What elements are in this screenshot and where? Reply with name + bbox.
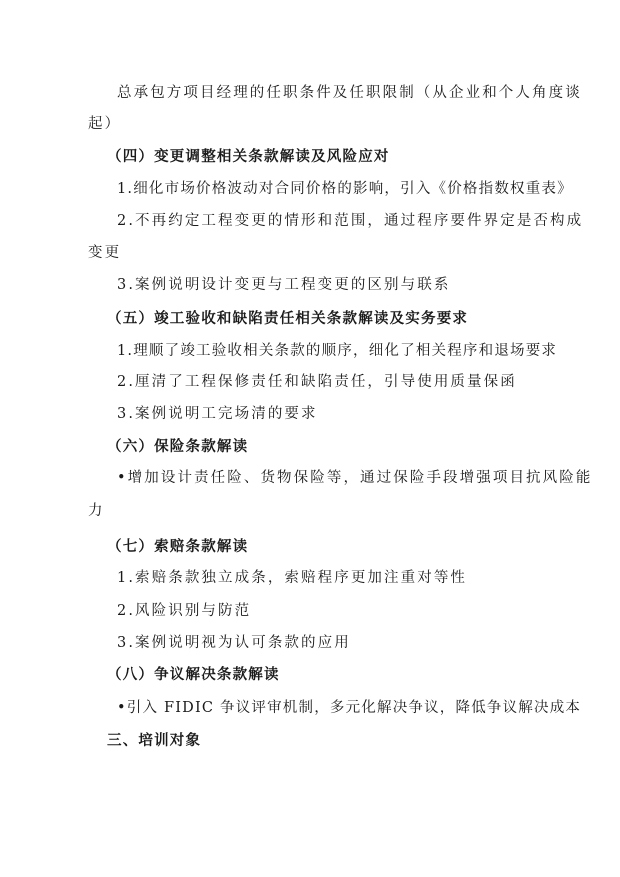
document-page: 总承包方项目经理的任职条件及任职限制（从企业和个人角度谈 起） （四）变更调整相… bbox=[0, 0, 620, 877]
heading-claims: （七）索赔条款解读 bbox=[107, 537, 552, 557]
list-item-design-vs-engineering-change: 3.案例说明设计变更与工程变更的区别与联系 bbox=[117, 275, 562, 295]
paragraph-pm-qualifications-cont: 起） bbox=[88, 114, 533, 134]
section-training-audience: 三、培训对象 bbox=[107, 731, 552, 751]
list-item-price-fluctuation: 1.细化市场价格波动对合同价格的影响，引入《价格指数权重表》 bbox=[117, 179, 562, 199]
bullet-insurance-coverage: •增加设计责任险、货物保险等，通过保险手段增强项目抗风险能 bbox=[117, 468, 562, 488]
list-item-claims-standalone: 1.索赔条款独立成条，索赔程序更加注重对等性 bbox=[117, 568, 562, 588]
list-item-change-scope: 2.不再约定工程变更的情形和范围，通过程序要件界定是否构成 bbox=[117, 211, 562, 231]
heading-insurance: （六）保险条款解读 bbox=[107, 437, 552, 457]
heading-dispute-resolution: （八）争议解决条款解读 bbox=[107, 665, 552, 685]
list-item-deemed-acceptance: 3.案例说明视为认可条款的应用 bbox=[117, 633, 562, 653]
heading-completion-acceptance: （五）竣工验收和缺陷责任相关条款解读及实务要求 bbox=[107, 309, 552, 329]
paragraph-pm-qualifications: 总承包方项目经理的任职条件及任职限制（从企业和个人角度谈 bbox=[117, 83, 562, 103]
list-item-warranty-liability: 2.厘清了工程保修责任和缺陷责任，引导使用质量保函 bbox=[117, 372, 562, 392]
bullet-fidic-dispute-board: •引入 FIDIC 争议评审机制，多元化解决争议，降低争议解决成本 bbox=[117, 698, 562, 718]
list-item-acceptance-order: 1.理顺了竣工验收相关条款的顺序，细化了相关程序和退场要求 bbox=[117, 341, 562, 361]
list-item-site-clearance: 3.案例说明工完场清的要求 bbox=[117, 404, 562, 424]
heading-change-adjustment: （四）变更调整相关条款解读及风险应对 bbox=[107, 147, 552, 167]
list-item-risk-identification: 2.风险识别与防范 bbox=[117, 601, 562, 621]
bullet-insurance-coverage-cont: 力 bbox=[88, 501, 533, 521]
list-item-change-scope-cont: 变更 bbox=[88, 243, 533, 263]
